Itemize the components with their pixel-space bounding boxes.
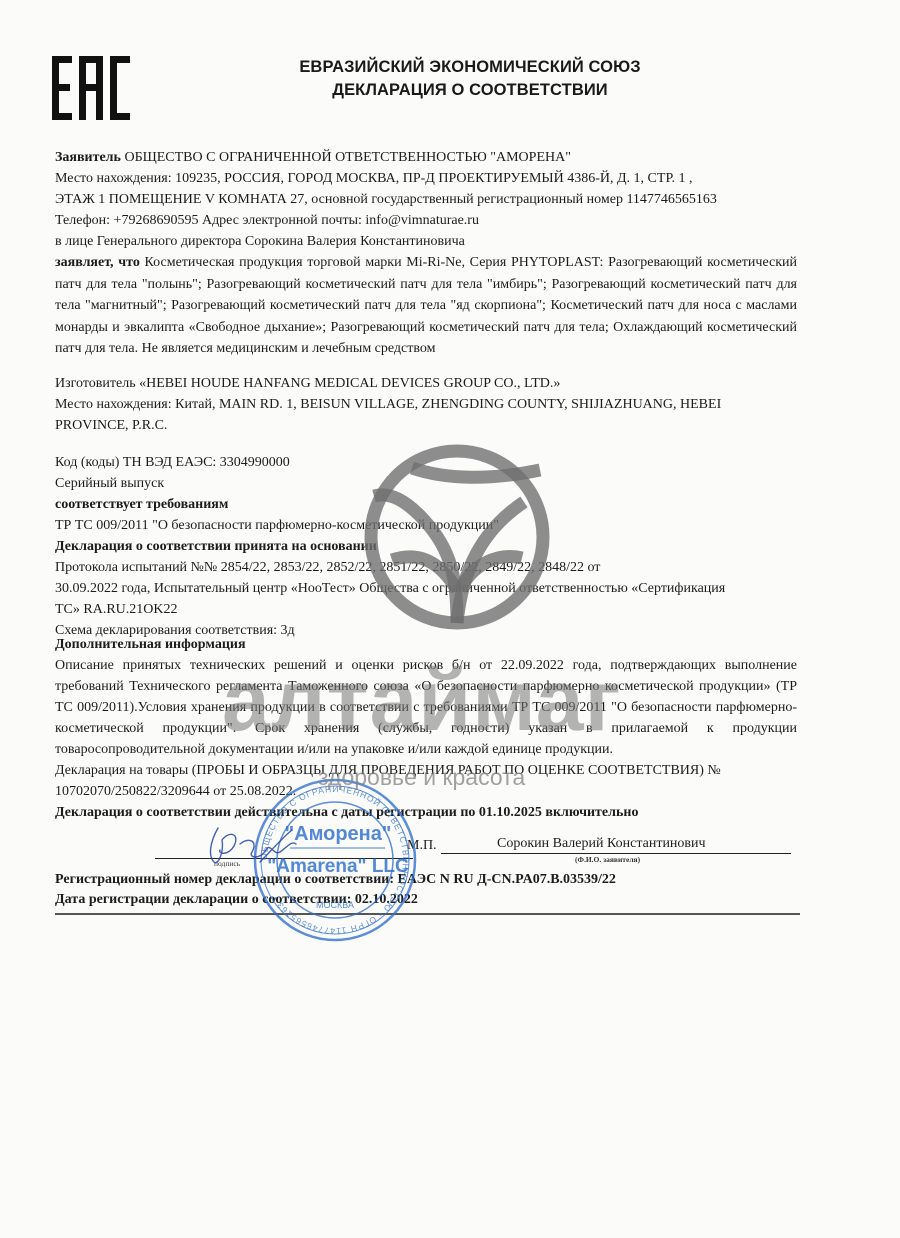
stamp-line-1: "Аморена" [285, 823, 392, 845]
release-type: Серийный выпуск [55, 473, 797, 494]
regulation: ТР ТС 009/2011 "О безопасности парфюмерн… [55, 515, 797, 536]
additional-text: Описание принятых технических решений и … [55, 655, 797, 760]
conforms-label: соответствует требованиям [55, 494, 797, 515]
eac-mark-icon [52, 56, 132, 120]
document-title: ЕВРАЗИЙСКИЙ ЭКОНОМИЧЕСКИЙ СОЮЗ ДЕКЛАРАЦИ… [250, 56, 690, 102]
declares-label: заявляет, что [55, 255, 140, 270]
additional-section: Дополнительная информация Описание приня… [55, 634, 797, 823]
declares-paragraph: заявляет, что Косметическая продукция то… [55, 252, 797, 360]
test-center: 30.09.2022 года, Испытательный центр «Но… [55, 578, 797, 599]
product-section: Код (коды) ТН ВЭД ЕАЭС: 3304990000 Серий… [55, 452, 797, 641]
signatory-caption: (Ф.И.О. заявителя) [575, 855, 640, 864]
applicant-name: ОБЩЕСТВО С ОГРАНИЧЕННОЙ ОТВЕТСТВЕННОСТЬЮ… [124, 150, 570, 165]
declares-text: Косметическая продукция торговой марки M… [55, 255, 797, 356]
seal-label: М.П. [407, 838, 437, 854]
signatory-line [441, 853, 791, 854]
signature-line [155, 858, 413, 859]
union-title: ЕВРАЗИЙСКИЙ ЭКОНОМИЧЕСКИЙ СОЮЗ [250, 56, 690, 79]
validity: Декларация о соответствии действительна … [55, 802, 797, 823]
signature-caption: подпись [214, 859, 240, 868]
applicant-label: Заявитель [55, 150, 121, 165]
goods-declaration-2: 10702070/250822/3209644 от 25.08.2022. [55, 781, 797, 802]
registration-number: Регистрационный номер декларации о соотв… [55, 872, 616, 888]
basis-label: Декларация о соответствии принята на осн… [55, 536, 797, 557]
manufacturer-section: Изготовитель «HEBEI HOUDE HANFANG MEDICA… [55, 373, 797, 436]
signatory-name: Сорокин Валерий Константинович [497, 836, 706, 852]
registration-date: Дата регистрации декларации о соответств… [55, 892, 418, 908]
goods-declaration-1: Декларация на товары (ПРОБЫ И ОБРАЗЦЫ ДЛ… [55, 760, 797, 781]
applicant-section: Заявитель ОБЩЕСТВО С ОГРАНИЧЕННОЙ ОТВЕТС… [55, 147, 797, 360]
declaration-document: ЕВРАЗИЙСКИЙ ЭКОНОМИЧЕСКИЙ СОЮЗ ДЕКЛАРАЦИ… [0, 0, 900, 1238]
test-protocols: Протокола испытаний №№ 2854/22, 2853/22,… [55, 557, 797, 578]
manufacturer-address-2: PROVINCE, P.R.C. [55, 415, 797, 436]
additional-label: Дополнительная информация [55, 634, 797, 655]
applicant-representative: в лице Генерального директора Сорокина В… [55, 231, 797, 252]
declaration-title: ДЕКЛАРАЦИЯ О СООТВЕТСТВИИ [250, 79, 690, 102]
test-center-id: ТС» RA.RU.21OK22 [55, 599, 797, 620]
manufacturer-address-1: Место нахождения: Китай, MAIN RD. 1, BEI… [55, 394, 797, 415]
applicant-address-2: ЭТАЖ 1 ПОМЕЩЕНИЕ V КОМНАТА 27, основной … [55, 189, 797, 210]
manufacturer-name: Изготовитель «HEBEI HOUDE HANFANG MEDICA… [55, 373, 797, 394]
applicant-contacts: Телефон: +79268690595 Адрес электронной … [55, 210, 797, 231]
applicant-address-1: Место нахождения: 109235, РОССИЯ, ГОРОД … [55, 168, 797, 189]
bottom-rule [55, 913, 800, 915]
applicant-line: Заявитель ОБЩЕСТВО С ОГРАНИЧЕННОЙ ОТВЕТС… [55, 147, 797, 168]
hs-code: Код (коды) ТН ВЭД ЕАЭС: 3304990000 [55, 452, 797, 473]
